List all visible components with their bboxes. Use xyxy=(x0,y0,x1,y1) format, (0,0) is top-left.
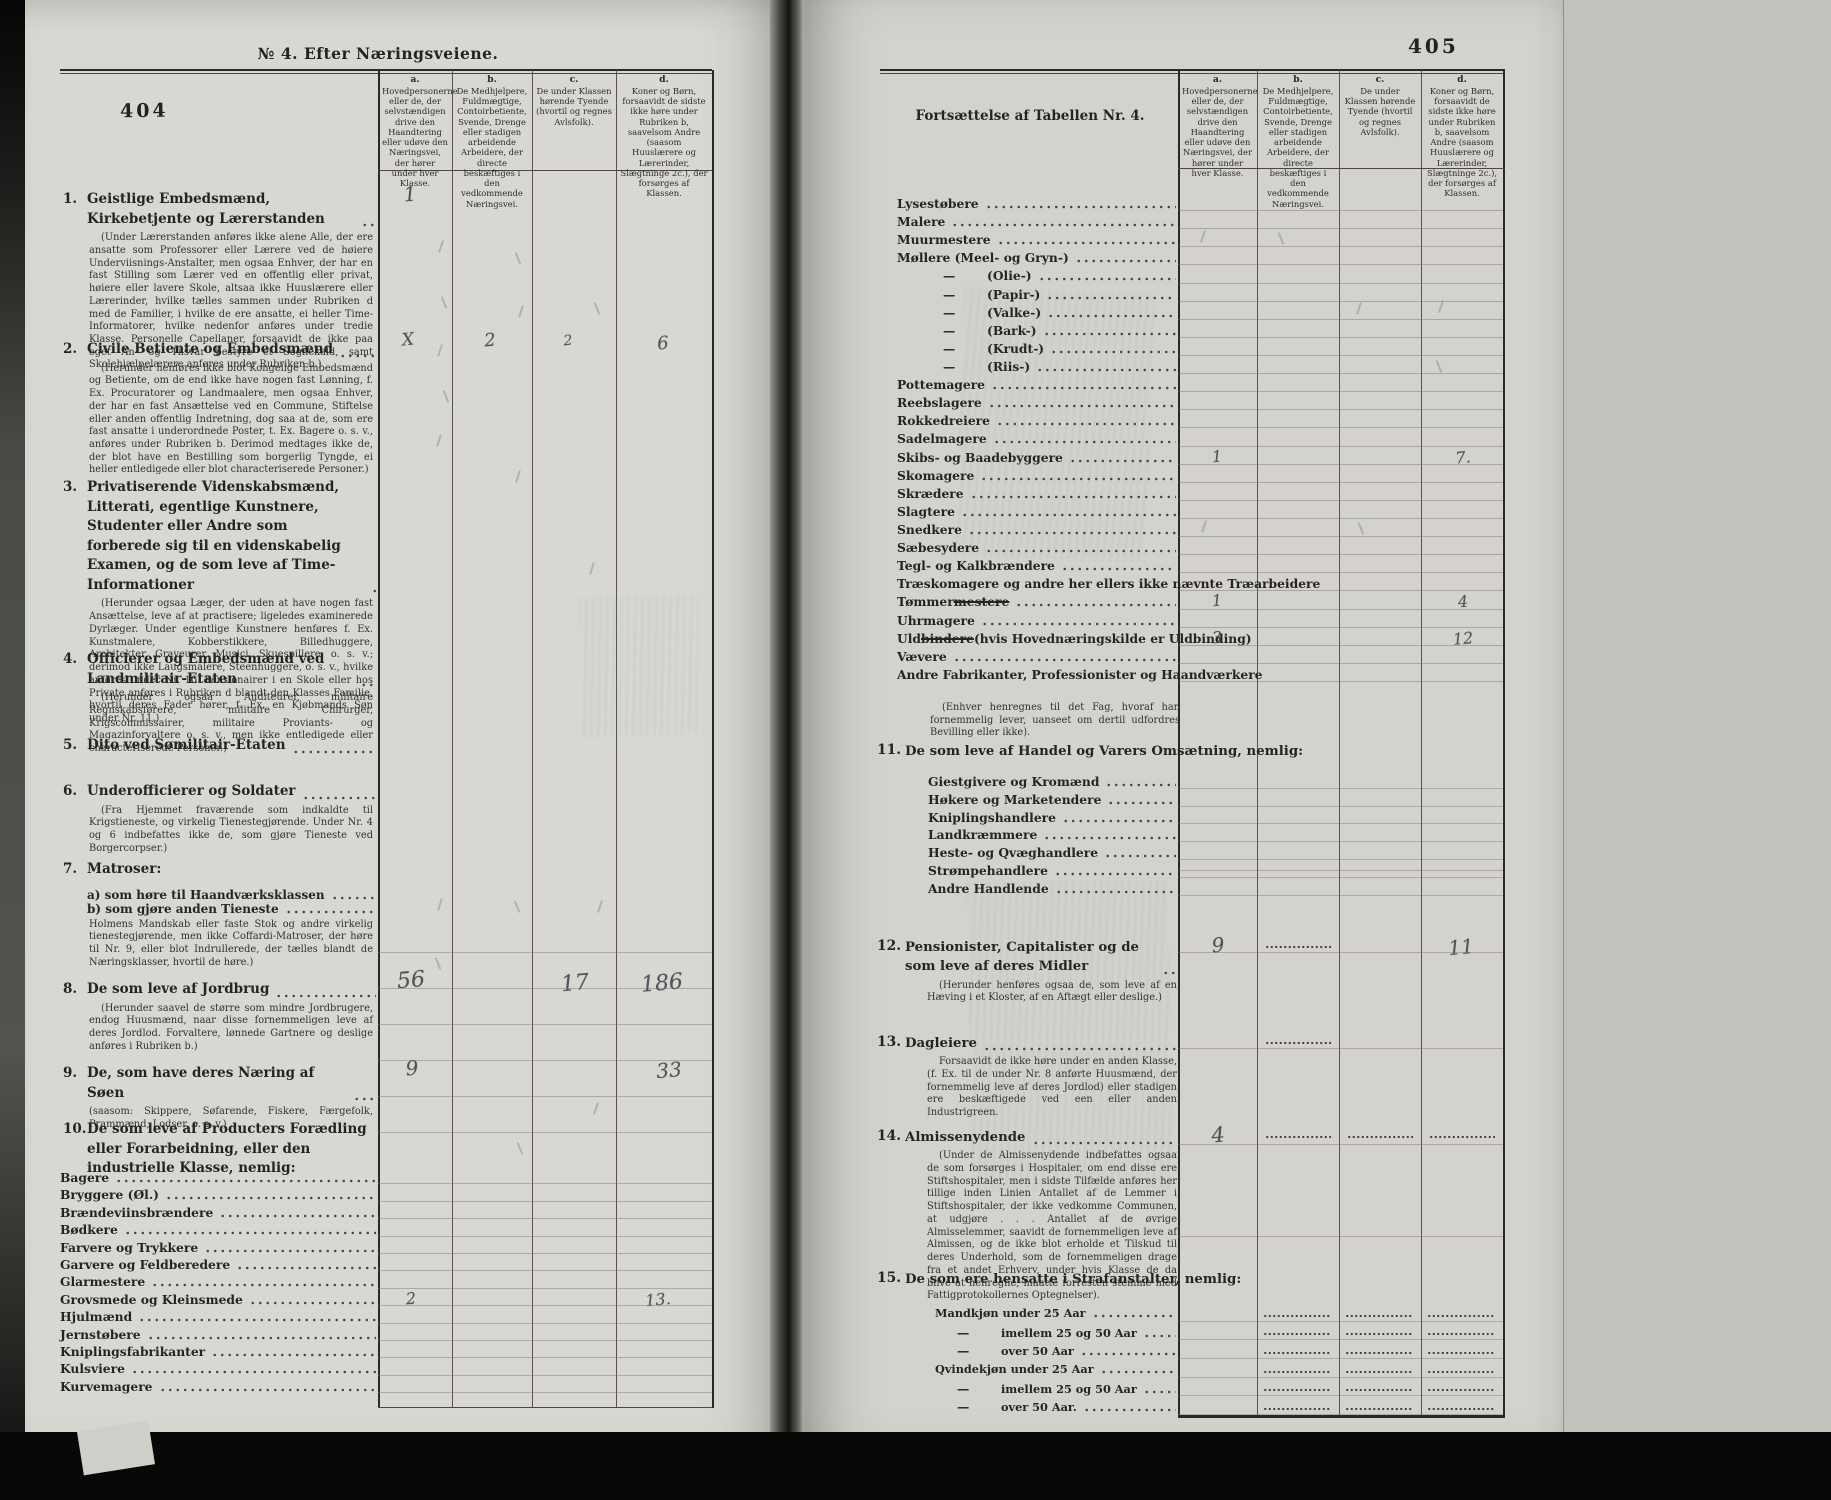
dotted-cell-b xyxy=(1265,944,1331,949)
struck-text: mestere xyxy=(954,594,1010,609)
dash: — xyxy=(957,1325,1001,1340)
handwritten-count-a: 1 xyxy=(1192,444,1241,467)
grid-hairline xyxy=(378,1024,712,1025)
handwritten-count-c: 2 xyxy=(542,331,593,351)
dotted-leader xyxy=(1038,271,1176,281)
item-15: 15. De som ere hensatte i Strafanstalter… xyxy=(905,1270,1503,1289)
dotted-leader xyxy=(131,1364,376,1374)
grid-line xyxy=(1503,70,1505,1418)
list-item: Bryggere (Øl.) xyxy=(60,1187,712,1204)
table-bottom-rule xyxy=(378,1407,712,1408)
list-item: — over 50 Aar. xyxy=(935,1399,1503,1418)
occupation-label: Grovsmede og Kleinsmede xyxy=(60,1292,243,1307)
list-item: Glarmestere xyxy=(60,1274,712,1291)
dotted-leader xyxy=(1075,253,1176,263)
dotted-cell-b xyxy=(1263,1313,1331,1318)
dotted-cell-b xyxy=(1263,1388,1331,1393)
dotted-leader xyxy=(1061,561,1176,571)
ink-bleed-smudge xyxy=(579,594,704,738)
item-5: 5.Dito ved Sømilitair-Etaten xyxy=(63,736,712,756)
dotted-leader xyxy=(1054,866,1176,876)
list-item: Qvindekjøn under 25 Aar xyxy=(935,1362,1503,1381)
dotted-cell-c xyxy=(1345,1369,1413,1374)
handwritten-mark-a: X xyxy=(382,328,434,352)
occupation-label: Giestgivere og Kromænd xyxy=(928,774,1099,789)
list-item: Kulsviere xyxy=(60,1361,712,1378)
ink-bleed-smudge xyxy=(955,287,1154,563)
list-item: Farvere og Trykkere xyxy=(60,1240,712,1257)
dotted-cell-c xyxy=(1345,1313,1413,1318)
item-8: 8.De som leve af Jordbrug (Herunder saav… xyxy=(63,980,712,1054)
dotted-leader xyxy=(165,1190,376,1200)
dotted-leader xyxy=(997,235,1176,245)
occupation-label: Høkere og Marketendere xyxy=(928,792,1101,807)
list-item: — (Olie-) xyxy=(897,268,1503,286)
handwritten-count-d: 4 xyxy=(1432,590,1493,614)
list-item: Kniplingshandlere xyxy=(928,810,1503,828)
page-number: 404 xyxy=(120,100,169,123)
dotted-cell-b xyxy=(1263,1406,1331,1411)
occupation-label: Slagtere xyxy=(897,504,955,519)
dotted-cell-d xyxy=(1427,1350,1495,1355)
grid-hairline xyxy=(1178,870,1503,871)
dotted-cell-c xyxy=(1345,1406,1413,1411)
list-item: Kurvemagere xyxy=(60,1379,712,1396)
list-item: — imellem 25 og 50 Aar xyxy=(935,1381,1503,1400)
dotted-cell-b xyxy=(1263,1369,1331,1374)
dotted-cell-c xyxy=(1347,1134,1413,1139)
category-label: imellem 25 og 50 Aar xyxy=(1001,1326,1137,1340)
dotted-leader xyxy=(331,890,376,900)
dotted-leader xyxy=(951,217,1176,227)
occupation-label: Brændeviinsbrændere xyxy=(60,1205,213,1220)
dotted-leader xyxy=(159,1382,376,1392)
list-item: Bagere xyxy=(60,1170,712,1187)
grid-hairline xyxy=(378,1096,712,1097)
list-item: Hjulmænd xyxy=(60,1309,712,1326)
grid-hairline xyxy=(1178,952,1503,953)
item-2: 2.Civile Betiente og Embedsmænd (Herunde… xyxy=(63,340,712,477)
scan-left-edge xyxy=(0,0,25,1500)
handwritten-count-c: 17 xyxy=(544,968,606,998)
column-header-d: d. Koner og Børn, forsaavidt de sidste i… xyxy=(1421,74,1503,166)
book-gutter xyxy=(770,0,804,1448)
dash: — xyxy=(943,268,987,283)
handwritten-count-a: 3 xyxy=(1192,626,1241,649)
dotted-leader xyxy=(1100,1364,1176,1374)
list-item: Grovsmede og Kleinsmede 2 13. xyxy=(60,1292,712,1309)
dotted-cell-d xyxy=(1427,1406,1495,1411)
dash: — xyxy=(957,1343,1001,1358)
list-item: Høkere og Marketendere xyxy=(928,792,1503,810)
dash: — xyxy=(957,1381,1001,1396)
grid-line xyxy=(712,70,714,1408)
dotted-leader xyxy=(1143,1384,1176,1394)
occupation-label: Kniplingshandlere xyxy=(928,810,1056,825)
grid-hairline xyxy=(378,952,712,953)
occupation-label: Farvere og Trykkere xyxy=(60,1240,198,1255)
dotted-leader xyxy=(204,1243,376,1253)
dotted-leader xyxy=(1015,597,1176,607)
dotted-leader xyxy=(1105,777,1176,787)
note: (Enhver henregnes til det Fag, hvoraf ha… xyxy=(930,702,1180,740)
dash: — xyxy=(957,1399,1001,1414)
dotted-leader xyxy=(353,1091,376,1101)
dotted-cell-b xyxy=(1263,1350,1331,1355)
list-item: — imellem 25 og 50 Aar xyxy=(935,1325,1503,1344)
list-item: Uhrmagere xyxy=(897,613,1503,631)
dotted-leader xyxy=(219,1208,376,1218)
grid-hairline xyxy=(378,988,712,989)
list-item: Andre Fabrikanter, Professionister og Ha… xyxy=(897,667,1503,685)
dotted-cell-d xyxy=(1427,1369,1495,1374)
page-405: 405 Fortsættelse af Tabellen Nr. 4. a. H… xyxy=(800,0,1563,1448)
occupation-label: Strømpehandlere xyxy=(928,863,1048,878)
occupation-label: Tegl- og Kalkbrændere xyxy=(897,558,1055,573)
handwritten-count-d: 6 xyxy=(634,331,692,357)
dotted-leader xyxy=(1043,830,1176,840)
list-item: Tegl- og Kalkbrændere xyxy=(897,558,1503,576)
dotted-leader xyxy=(147,1330,376,1340)
occupation-label: Træskomagere og andre her ellers ikke næ… xyxy=(897,576,1320,591)
dotted-leader xyxy=(1104,848,1176,858)
dotted-leader xyxy=(115,1173,376,1183)
handwritten-count-d: 7. xyxy=(1432,445,1493,469)
dotted-leader xyxy=(302,790,376,800)
list-item: Vævere xyxy=(897,649,1503,667)
list-item: Garvere og Feldberedere xyxy=(60,1257,712,1274)
dotted-leader xyxy=(211,1347,376,1357)
grid-hairline xyxy=(378,1060,712,1061)
category-label: imellem 25 og 50 Aar xyxy=(1001,1382,1137,1396)
dotted-leader xyxy=(339,348,376,358)
dotted-cell-c xyxy=(1345,1332,1413,1337)
scan-bottom-edge xyxy=(0,1432,1831,1500)
dotted-cell-c xyxy=(1345,1350,1413,1355)
handwritten-count-a: 2 xyxy=(383,1286,438,1310)
dotted-leader xyxy=(1092,1308,1176,1318)
occupation-label: Jernstøbere xyxy=(60,1327,141,1342)
occupation-label: Bødkere xyxy=(60,1222,118,1237)
dotted-leader xyxy=(1143,1328,1176,1338)
category-label: Qvindekjøn under 25 Aar xyxy=(935,1362,1094,1376)
table-top-rule xyxy=(60,69,712,71)
dotted-cell-d xyxy=(1427,1388,1495,1393)
handwritten-count-d: 11 xyxy=(1432,933,1490,962)
dotted-cell-b xyxy=(1263,1332,1331,1337)
column-header-a: a. Hovedpersonerne eller de, der selvstæ… xyxy=(1178,74,1257,166)
table-title: Fortsættelse af Tabellen Nr. 4. xyxy=(916,108,1145,124)
adjacent-page-edge xyxy=(1563,0,1831,1448)
occupation-label: Kniplingsfabrikanter xyxy=(60,1344,205,1359)
occupation-label: Møllere (Meel- og Gryn-) xyxy=(897,250,1069,265)
dotted-leader xyxy=(275,988,376,998)
occupation-label: Skrædere xyxy=(897,486,964,501)
item-11: 11. De som leve af Handel og Varers Omsæ… xyxy=(905,742,1503,761)
list-item: Malere xyxy=(897,214,1503,232)
handwritten-count-d: 13. xyxy=(627,1287,688,1311)
scanned-census-spread: 404 № 4. Efter Næringsveiene. a. Hovedpe… xyxy=(0,0,1831,1500)
industry-list: Bagere Bryggere (Øl.) xyxy=(60,1170,712,1396)
page-404: 404 № 4. Efter Næringsveiene. a. Hovedpe… xyxy=(25,0,773,1442)
straf-list: Mandkjøn under 25 Aar — imellem 25 og 50… xyxy=(935,1306,1503,1418)
grid-hairline xyxy=(378,1132,712,1133)
occupation-label: Tømmer xyxy=(897,594,954,609)
occupation-label: Uhrmagere xyxy=(897,613,975,628)
handwritten-count-d: 186 xyxy=(628,968,696,999)
item-7a: a) som høre til Haandværksklassen xyxy=(87,888,378,902)
page-title: № 4. Efter Næringsveiene. xyxy=(258,44,499,63)
grid-hairline xyxy=(1178,1144,1503,1145)
category-label: over 50 Aar. xyxy=(1001,1400,1077,1414)
dotted-cell-b xyxy=(1265,1040,1331,1045)
ink-bleed-smudge xyxy=(967,878,1172,1191)
list-item: Møllere (Meel- og Gryn-) xyxy=(897,250,1503,268)
grid-hairline xyxy=(1178,1048,1503,1049)
dotted-cell-d xyxy=(1429,1134,1495,1139)
column-header-d: d. Koner og Børn, forsaavidt de sidste i… xyxy=(616,74,712,166)
dotted-leader xyxy=(953,652,1176,662)
handwritten-count-a: 1 xyxy=(384,180,436,208)
handwritten-count-a: 1 xyxy=(1192,589,1241,612)
dotted-leader xyxy=(124,1225,376,1235)
dotted-leader xyxy=(1107,795,1176,805)
grid-hairline xyxy=(1178,1236,1503,1237)
dotted-leader xyxy=(151,1277,376,1287)
dotted-leader xyxy=(981,616,1176,626)
category-label: Mandkjøn under 25 Aar xyxy=(935,1306,1086,1320)
item-6: 6.Underofficierer og Soldater (Fra Hjemm… xyxy=(63,782,712,856)
handwritten-count-b: 2 xyxy=(464,328,516,353)
occupation-label: Vævere xyxy=(897,649,947,664)
occupation-label: Muurmestere xyxy=(897,232,991,247)
list-item: Jernstøbere xyxy=(60,1327,712,1344)
dotted-leader xyxy=(138,1312,376,1322)
column-header-c: c. De under Klassen hørende Tyende (hvor… xyxy=(1339,74,1421,166)
category-label: over 50 Aar xyxy=(1001,1344,1074,1358)
occupation-label: Landkræmmere xyxy=(928,827,1037,842)
struck-text: bindere xyxy=(921,631,974,646)
list-item: Strømpehandlere xyxy=(928,863,1503,881)
column-header-a: a. Hovedpersonerne eller de, der selvstæ… xyxy=(378,74,452,166)
occupation-label: Malere xyxy=(897,214,945,229)
dotted-leader xyxy=(361,217,376,227)
occupation-label: Garvere og Feldberedere xyxy=(60,1257,230,1272)
handwritten-count-d: 12 xyxy=(1432,626,1493,650)
occupation-label: Bryggere (Øl.) xyxy=(60,1187,159,1202)
dotted-leader xyxy=(1083,1402,1176,1412)
dotted-leader xyxy=(360,677,376,687)
dotted-leader xyxy=(292,744,376,754)
list-item: Heste- og Qvæghandlere xyxy=(928,845,1503,863)
occupation-label: Lysestøbere xyxy=(897,196,979,211)
list-item: Brændeviinsbrændere xyxy=(60,1205,712,1222)
handwritten-count-a: 56 xyxy=(382,966,440,996)
dotted-leader xyxy=(285,904,376,914)
handwritten-count-a: 9 xyxy=(388,1054,436,1082)
dotted-leader xyxy=(249,1295,376,1305)
page-number: 405 xyxy=(1408,34,1459,58)
list-item: — over 50 Aar xyxy=(935,1343,1503,1362)
item-7: 7.Matroser: a) som høre til Haandværkskl… xyxy=(63,860,712,970)
occupation-label: Uld xyxy=(897,631,921,646)
occupation-label: Andre Fabrikanter, Professionister og Ha… xyxy=(897,667,1263,682)
occupation-label: Hjulmænd xyxy=(60,1309,132,1324)
occupation-label: Heste- og Qvæghandlere xyxy=(928,845,1098,860)
list-item: Uld bindere (hvis Hovednæringskilde er U… xyxy=(897,631,1503,649)
dotted-leader xyxy=(371,583,376,593)
list-item: Bødkere xyxy=(60,1222,712,1239)
occupation-label: Glarmestere xyxy=(60,1274,145,1289)
handel-list: Giestgivere og Kromænd Høkere og Markete… xyxy=(928,774,1503,899)
dotted-cell-c xyxy=(1345,1388,1413,1393)
list-item: Tømmer mestere 1 4 xyxy=(897,594,1503,612)
occupation-label: Kurvemagere xyxy=(60,1379,153,1394)
list-item: Mandkjøn under 25 Aar xyxy=(935,1306,1503,1325)
occupation-label: Snedkere xyxy=(897,522,962,537)
item-7b: b) som gjøre anden Tieneste xyxy=(87,902,378,916)
occupation-label: Bagere xyxy=(60,1170,109,1185)
column-header-b: b. De Medhjelpere, Fuldmægtige, Contoirb… xyxy=(452,74,532,166)
handwritten-count-a: 9 xyxy=(1192,931,1244,959)
column-header-c: c. De under Klassen hørende Tyende (hvor… xyxy=(532,74,616,166)
table-top-rule xyxy=(880,69,1505,71)
list-item: Lysestøbere xyxy=(897,196,1503,214)
dotted-leader xyxy=(1080,1346,1176,1356)
occupation-label: Kulsviere xyxy=(60,1361,125,1376)
dotted-leader xyxy=(236,1260,376,1270)
list-item: Kniplingsfabrikanter xyxy=(60,1344,712,1361)
dotted-leader xyxy=(1062,813,1176,823)
dotted-cell-b xyxy=(1265,1134,1331,1139)
list-item: Giestgivere og Kromænd xyxy=(928,774,1503,792)
dotted-cell-d xyxy=(1427,1313,1495,1318)
dotted-leader xyxy=(985,199,1176,209)
column-header-b: b. De Medhjelpere, Fuldmægtige, Contoirb… xyxy=(1257,74,1339,166)
list-item: Landkræmmere xyxy=(928,827,1503,845)
dotted-cell-d xyxy=(1427,1332,1495,1337)
occupation-label: (Olie-) xyxy=(987,268,1032,283)
